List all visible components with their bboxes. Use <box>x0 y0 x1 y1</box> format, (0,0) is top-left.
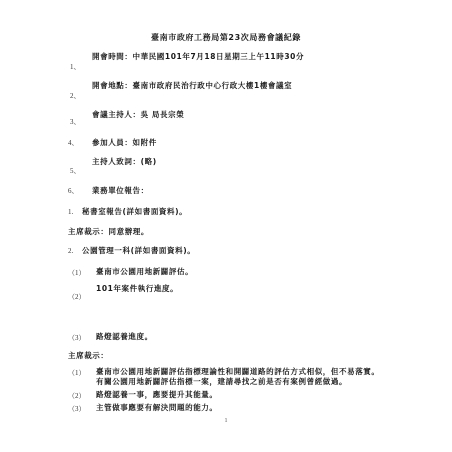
report-secretariat: 秘書室報告(詳如書面資料)。 <box>82 207 187 216</box>
subitem-number: （1） <box>68 268 86 278</box>
instruction-number: （2） <box>68 391 86 401</box>
item-number: 5、 <box>70 166 81 176</box>
subitem-text: 臺南市公園用地新闢評估。 <box>96 267 193 276</box>
subitem-text: 101年案件執行進度。 <box>96 284 178 293</box>
chair-instruction: 主席裁示：同意辦理。 <box>68 227 149 236</box>
instruction-text: 臺南市公園用地新闢評估指標理論性和開闢道路的評估方式相似，但不易落實。有關公園用… <box>96 367 381 386</box>
report-parks: 公園管理一科(詳如書面資料)。 <box>82 246 195 255</box>
subitem-number: （2） <box>68 292 86 302</box>
instruction-number: （3） <box>68 404 86 414</box>
subitem-number: （3） <box>68 333 86 343</box>
page-number: 1 <box>0 418 452 424</box>
subitem-text: 路燈認養進度。 <box>96 332 153 341</box>
item-number: 2、 <box>70 91 81 101</box>
item-number: 1、 <box>70 62 81 72</box>
document-title: 臺南市政府工務局第23次局務會議紀錄 <box>0 33 452 42</box>
report-number: 2. <box>68 247 73 255</box>
meeting-location: 開會地點：臺南市政府民治行政中心行政大樓1樓會議室 <box>92 81 292 90</box>
unit-reports-heading: 業務單位報告： <box>92 186 149 195</box>
instruction-text: 主管做事應要有解決問題的能力。 <box>96 403 218 412</box>
chair-instructions-heading: 主席裁示： <box>68 351 109 360</box>
report-number: 1. <box>68 208 73 216</box>
instruction-text: 路燈認養一事，應要提升其能量。 <box>96 390 218 399</box>
attendees: 參加人員：如附件 <box>92 138 157 147</box>
chair-speech: 主持人致詞：(略) <box>92 157 157 166</box>
instruction-number: （1） <box>68 368 86 378</box>
meeting-chair: 會議主持人：吳 局長宗榮 <box>92 110 184 119</box>
item-number: 4、 <box>68 138 79 148</box>
meeting-time: 開會時間：中華民國101年7月18日星期三上午11時30分 <box>92 52 304 61</box>
item-number: 3、 <box>70 117 81 127</box>
item-number: 6、 <box>68 186 79 196</box>
